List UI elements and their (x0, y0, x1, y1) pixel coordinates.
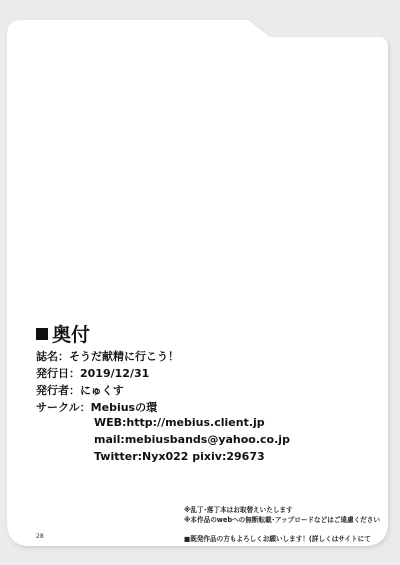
heading-text: 奥付 (52, 320, 90, 347)
circle-line: サークル：Mebiusの環 (36, 399, 157, 415)
social-line: Twitter:Nyx022 pixiv:29673 (94, 450, 265, 463)
title-line: 誌名：そうだ献精に行こう！ (36, 348, 179, 364)
mail-line: mail:mebiusbands@yahoo.co.jp (94, 433, 290, 446)
note-line: ※乱丁･落丁本はお取替えいたします (184, 504, 293, 514)
note-line: ※本作品のwebへの無断転載･アップロードなどはご遠慮ください (184, 514, 380, 524)
note-line: ■既発作品の方もよろしくお願いします！(詳しくはサイトにて (184, 533, 371, 543)
page-number: 28 (36, 533, 44, 540)
issued-date-line: 発行日：2019/12/31 (36, 365, 149, 381)
square-bullet-icon (36, 328, 48, 340)
colophon-heading: 奥付 (36, 320, 90, 347)
publisher-line: 発行者：にゅくす (36, 382, 124, 398)
colophon-page: 奥付 誌名：そうだ献精に行こう！ 発行日：2019/12/31 発行者：にゅくす… (0, 0, 400, 565)
web-line: WEB:http://mebius.client.jp (94, 416, 265, 429)
